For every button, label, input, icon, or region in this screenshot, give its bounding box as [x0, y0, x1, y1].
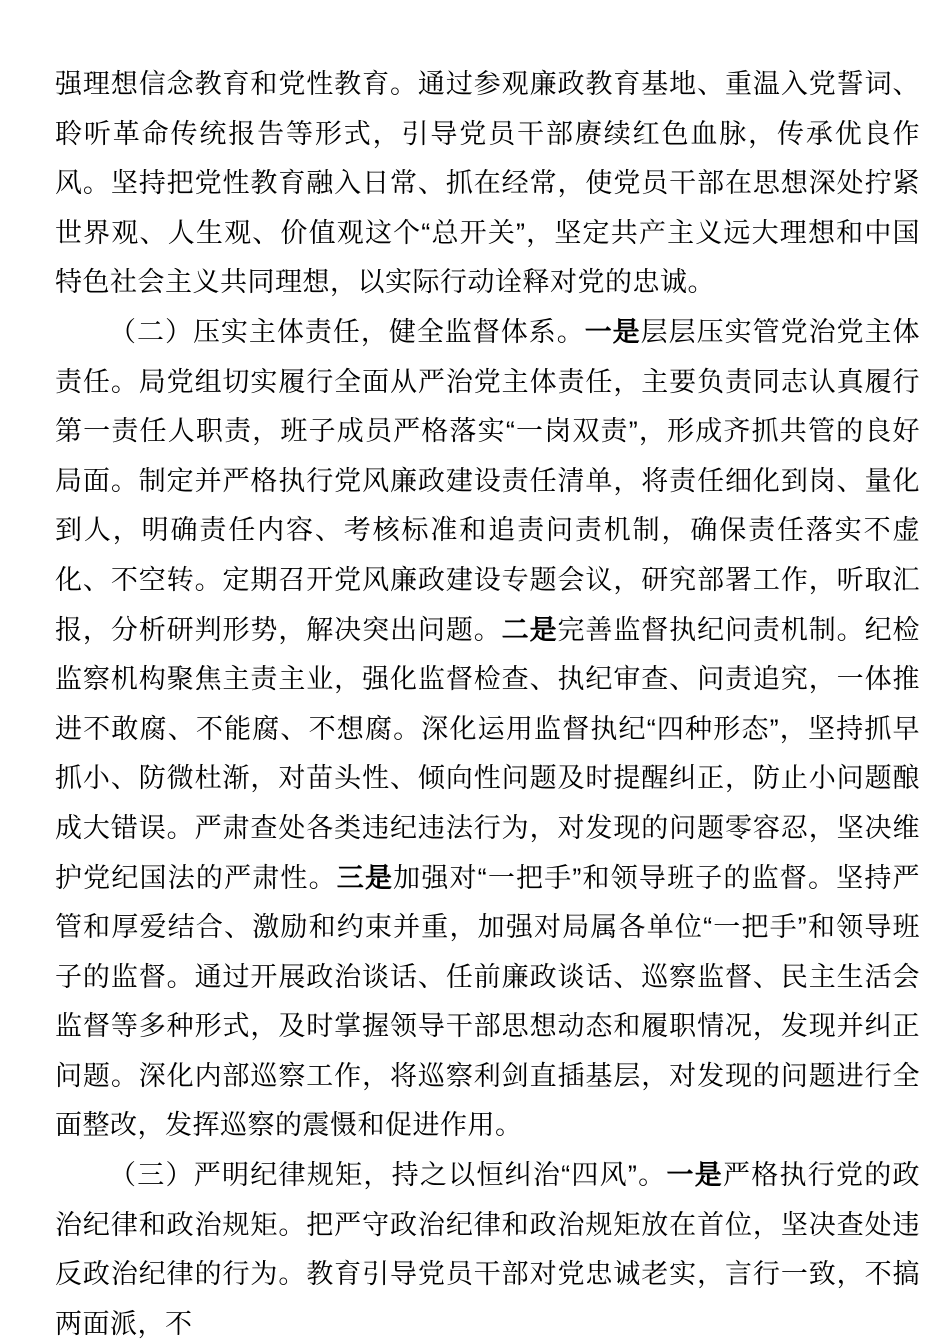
bold-text-run: 一是	[585, 317, 641, 347]
text-run: （三）严明纪律规矩，持之以恒纠治“四风”。	[109, 1160, 666, 1190]
text-run: 加强对“一把手”和领导班子的监督。坚持严管和厚爱结合、激励和约束并重，加强对局属…	[55, 863, 920, 1141]
paragraph-continuation: 强理想信念教育和党性教育。通过参观廉政教育基地、重温入党誓词、聆听革命传统报告等…	[55, 60, 920, 308]
bold-text-run: 二是	[502, 615, 558, 645]
document-text-area: 强理想信念教育和党性教育。通过参观廉政教育基地、重温入党誓词、聆听革命传统报告等…	[55, 60, 920, 1344]
bold-text-run: 一是	[666, 1160, 723, 1190]
text-run: 完善监督执纪问责机制。纪检监察机构聚焦主责主业，强化监督检查、执纪审查、问责追究…	[55, 615, 920, 893]
text-run: （二）压实主体责任，健全监督体系。	[109, 317, 585, 347]
document-page: 强理想信念教育和党性教育。通过参观廉政教育基地、重温入党誓词、聆听革命传统报告等…	[0, 0, 950, 1344]
bold-text-run: 三是	[337, 863, 393, 893]
paragraph-section-2: （二）压实主体责任，健全监督体系。一是层层压实管党治党主体责任。局党组切实履行全…	[55, 308, 920, 1151]
paragraph-section-3: （三）严明纪律规矩，持之以恒纠治“四风”。一是严格执行党的政治纪律和政治规矩。把…	[55, 1151, 920, 1344]
text-run: 强理想信念教育和党性教育。通过参观廉政教育基地、重温入党誓词、聆听革命传统报告等…	[55, 69, 920, 297]
text-run: 层层压实管党治党主体责任。局党组切实履行全面从严治党主体责任，主要负责同志认真履…	[55, 317, 920, 645]
